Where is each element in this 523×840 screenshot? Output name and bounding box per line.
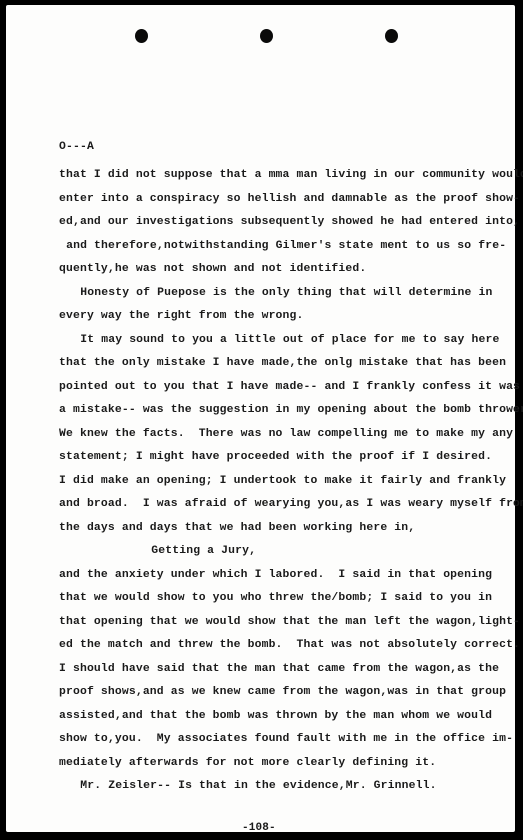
punch-hole-right <box>385 29 398 43</box>
text-line: It may sound to you a little out of plac… <box>80 333 499 347</box>
text-line: that we would show to you who threw the/… <box>59 591 492 605</box>
text-line: mediately afterwards for not more clearl… <box>59 756 436 770</box>
text-line: I should have said that the man that cam… <box>59 662 499 676</box>
text-line: that the only mistake I have made,the on… <box>59 356 506 370</box>
text-line: ed,and our investigations subsequently s… <box>59 215 520 229</box>
text-line: show to,you. My associates found fault w… <box>59 732 513 746</box>
text-line: that I did not suppose that a mma man li… <box>59 168 523 182</box>
text-line: and broad. I was afraid of wearying you,… <box>59 497 523 511</box>
scanned-page: O---A that I did not suppose that a mma … <box>6 5 515 832</box>
text-line: the days and days that we had been worki… <box>59 521 415 535</box>
text-line: proof shows,and as we knew came from the… <box>59 685 506 699</box>
text-line: We knew the facts. There was no law comp… <box>59 427 513 441</box>
section-marker: O---A <box>59 140 94 154</box>
page-number: -108- <box>242 821 276 835</box>
text-line: a mistake-- was the suggestion in my ope… <box>59 403 523 417</box>
text-line: quently,he was not shown and not identif… <box>59 262 366 276</box>
text-line: Mr. Zeisler-- Is that in the evidence,Mr… <box>80 779 436 793</box>
punch-hole-center <box>260 29 273 43</box>
text-line: pointed out to you that I have made-- an… <box>59 380 520 394</box>
text-line: ed the match and threw the bomb. That wa… <box>59 638 520 652</box>
text-line: and the anxiety under which I labored. I… <box>59 568 492 582</box>
text-line: Getting a Jury, <box>151 544 256 558</box>
text-line: statement; I might have proceeded with t… <box>59 450 492 464</box>
text-line: every way the right from the wrong. <box>59 309 304 323</box>
text-line: that opening that we would show that the… <box>59 615 520 629</box>
text-line: and therefore,notwithstanding Gilmer's s… <box>66 239 506 253</box>
document-body: that I did not suppose that a mma man li… <box>59 168 509 788</box>
text-line: Honesty of Puepose is the only thing tha… <box>80 286 492 300</box>
punch-hole-left <box>135 29 148 43</box>
text-line: enter into a conspiracy so hellish and d… <box>59 192 520 206</box>
text-line: I did make an opening; I undertook to ma… <box>59 474 506 488</box>
text-line: assisted,and that the bomb was thrown by… <box>59 709 492 723</box>
